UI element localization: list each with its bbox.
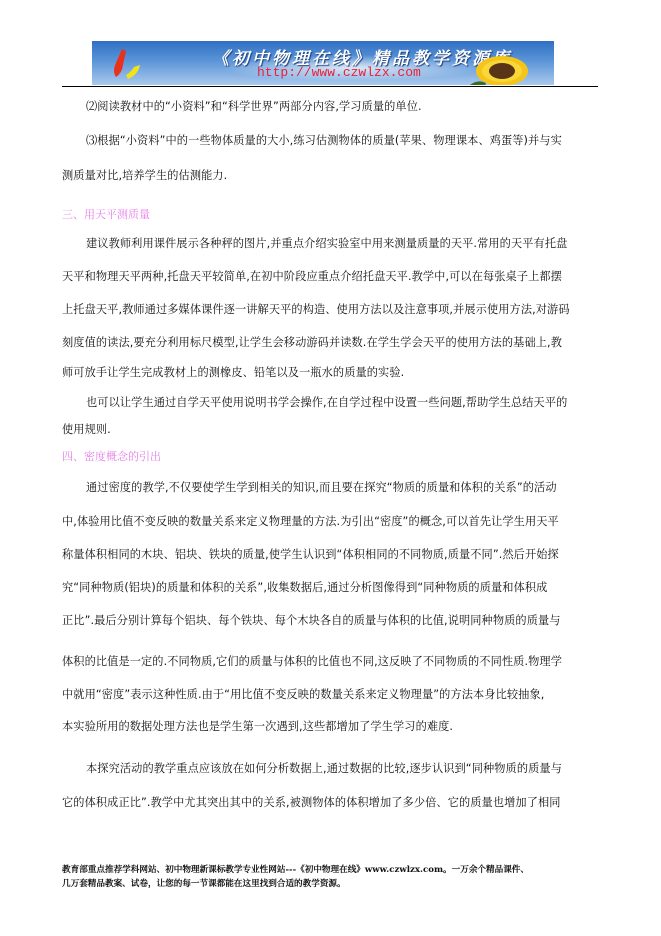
paragraph-line: 师可放手让学生完成教材上的测橡皮、铅笔以及一瓶水的质量的实验. (62, 366, 598, 380)
paragraph-line: 体积的比值是一定的.不同物质,它们的质量与体积的比值也不同,这反映了不同物质的不… (62, 655, 598, 669)
paragraph-line: 正比”.最后分别计算每个铝块、每个铁块、每个木块各自的质量与体积的比值,说明同种… (62, 614, 598, 628)
paragraph-line: 使用规则. (62, 423, 598, 437)
paragraph-line: 本探究活动的教学重点应该放在如何分析数据上,通过数据的比较,逐步认识到“同种物质… (86, 762, 622, 776)
paragraph-line: 也可以让学生通过自学天平使用说明书学会操作,在自学过程中设置一些问题,帮助学生总… (86, 396, 622, 410)
paragraph-line: 中就用“密度”表示这种性质.由于“用比值不变反映的数量关系来定义物理量”的方法本… (62, 688, 598, 702)
header-banner: 《初中物理在线》精品教学资源库 http://www.czwlzx.com (92, 41, 554, 85)
section-heading: 三、用天平测质量 (62, 206, 150, 222)
footer-line: 教育部重点推荐学科网站、初中物理新课标教学专业性网站---《初中物理在线》www… (62, 863, 622, 875)
paragraph-line: 测质量对比,培养学生的估测能力. (62, 169, 598, 183)
paragraph-line: ⑵阅读教材中的“小资料”和“科学世界”两部分内容,学习质量的单位. (86, 100, 622, 114)
paragraph-line: 通过密度的教学,不仅要使学生学到相关的知识,而且要在探究“物质的质量和体积的关系… (86, 481, 622, 495)
paragraph-line: 究“同种物质(铝块)的质量和体积的关系”,收集数据后,通过分析图像得到“同种物质… (62, 581, 598, 595)
paragraph-line: 中,体验用比值不变反映的数量关系来定义物理量的方法.为引出“密度”的概念,可以首… (62, 515, 598, 529)
banner-url[interactable]: http://www.czwlzx.com (257, 65, 421, 80)
paragraph-line: 刻度值的读法,要充分利用标尺模型,让学生会移动游码并读数.在学生学会天平的使用方… (62, 336, 598, 350)
paragraph-line: 天平和物理天平两种,托盘天平较简单,在初中阶段应重点介绍托盘天平.教学中,可以在… (62, 270, 598, 284)
paragraph-line: ⑶根据“小资料”中的一些物体质量的大小,练习估测物体的质量(苹果、物理课本、鸡蛋… (86, 134, 622, 148)
paragraph-line: 建议教师利用课件展示各种秤的图片,并重点介绍实验室中用来测量质量的天平.常用的天… (86, 237, 622, 251)
logo-icon (110, 47, 146, 81)
sunflower-icon (470, 49, 528, 85)
paragraph-line: 称量体积相同的木块、铝块、铁块的质量,使学生认识到“体积相同的不同物质,质量不同… (62, 548, 598, 562)
paragraph-line: 它的体积成正比”.教学中尤其突出其中的关系,被测物体的体积增加了多少倍、它的质量… (62, 796, 598, 810)
header-divider (62, 86, 598, 87)
paragraph-line: 本实验所用的数据处理方法也是学生第一次遇到,这些都增加了学生学习的难度. (62, 720, 598, 734)
section-heading: 四、密度概念的引出 (62, 448, 161, 464)
paragraph-line: 上托盘天平,教师通过多媒体课件逐一讲解天平的构造、使用方法以及注意事项,并展示使… (62, 303, 598, 317)
footer-line: 几万套精品教案、试卷，让您的每一节课都能在这里找到合适的教学资源。 (62, 877, 622, 889)
